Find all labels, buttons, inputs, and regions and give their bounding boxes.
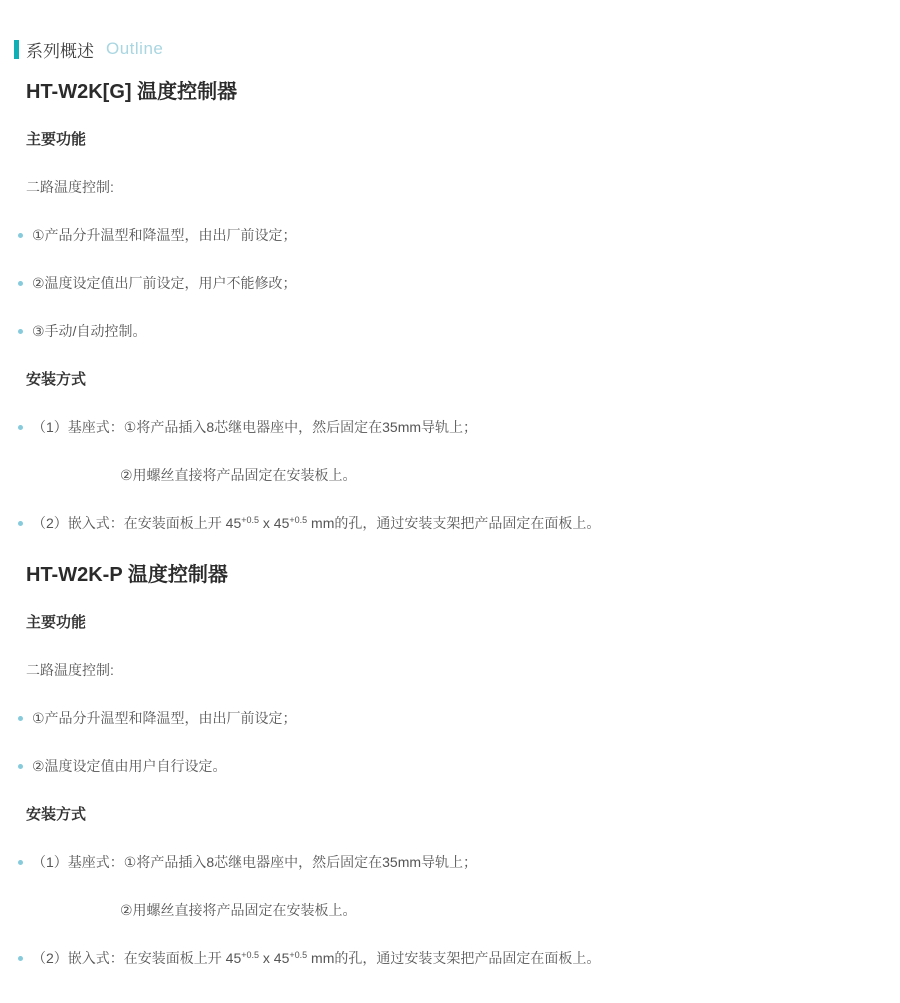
bullet-dot-icon (18, 860, 23, 865)
install-panel-mid: x 45 (259, 950, 289, 966)
install-base-sub: ②用螺丝直接将产品固定在安装板上。 (120, 466, 870, 485)
tolerance-sup: +0.5 (289, 515, 307, 525)
feature-item: ①产品分升温型和降温型，由出厂前设定； (18, 709, 870, 728)
install-panel-mid: x 45 (259, 515, 289, 531)
feature-text: ②温度设定值由用户自行设定。 (32, 757, 227, 776)
features-intro: 二路温度控制: (26, 661, 870, 680)
feature-text: ①产品分升温型和降温型，由出厂前设定； (32, 709, 297, 728)
bullet-dot-icon (18, 716, 23, 721)
feature-text: ③手动/自动控制。 (32, 322, 146, 341)
feature-text: ②温度设定值出厂前设定，用户不能修改； (32, 274, 297, 293)
tolerance-sup: +0.5 (241, 950, 259, 960)
install-base-main: （1）基座式：①将产品插入8芯继电器座中，然后固定在35mm导轨上； (32, 853, 477, 872)
install-panel-text: （2）嵌入式：在安装面板上开 45+0.5 x 45+0.5 mm的孔，通过安装… (32, 514, 600, 533)
install-base-sub: ②用螺丝直接将产品固定在安装板上。 (120, 901, 870, 920)
install-panel-prefix: （2）嵌入式：在安装面板上开 45 (32, 950, 241, 966)
product-heading: HT-W2K[G] 温度控制器 (26, 79, 870, 106)
feature-item: ③手动/自动控制。 (18, 322, 870, 341)
bullet-dot-icon (18, 329, 23, 334)
feature-text: ①产品分升温型和降温型，由出厂前设定； (32, 226, 297, 245)
tolerance-sup: +0.5 (241, 515, 259, 525)
bullet-dot-icon (18, 425, 23, 430)
install-title: 安装方式 (26, 805, 870, 825)
feature-item: ②温度设定值由用户自行设定。 (18, 757, 870, 776)
bullet-dot-icon (18, 521, 23, 526)
bullet-dot-icon (18, 956, 23, 961)
document-body: 系列概述 Outline HT-W2K[G] 温度控制器 主要功能 二路温度控制… (0, 0, 900, 968)
install-panel-suffix: mm的孔，通过安装支架把产品固定在面板上。 (307, 515, 600, 531)
install-panel-text: （2）嵌入式：在安装面板上开 45+0.5 x 45+0.5 mm的孔，通过安装… (32, 949, 600, 968)
install-item-panel: （2）嵌入式：在安装面板上开 45+0.5 x 45+0.5 mm的孔，通过安装… (18, 949, 870, 968)
features-title: 主要功能 (26, 130, 870, 150)
feature-item: ②温度设定值出厂前设定，用户不能修改； (18, 274, 870, 293)
feature-item: ①产品分升温型和降温型，由出厂前设定； (18, 226, 870, 245)
section-title-zh: 系列概述 (26, 37, 94, 62)
section-header: 系列概述 Outline (14, 39, 870, 59)
bullet-dot-icon (18, 281, 23, 286)
install-base-main: （1）基座式：①将产品插入8芯继电器座中，然后固定在35mm导轨上； (32, 418, 477, 437)
install-title: 安装方式 (26, 370, 870, 390)
install-item-panel: （2）嵌入式：在安装面板上开 45+0.5 x 45+0.5 mm的孔，通过安装… (18, 514, 870, 533)
install-item-base: （1）基座式：①将产品插入8芯继电器座中，然后固定在35mm导轨上； (18, 418, 870, 437)
install-panel-suffix: mm的孔，通过安装支架把产品固定在面板上。 (307, 950, 600, 966)
install-item-base: （1）基座式：①将产品插入8芯继电器座中，然后固定在35mm导轨上； (18, 853, 870, 872)
bullet-dot-icon (18, 764, 23, 769)
product-section-ht-w2kg: HT-W2K[G] 温度控制器 主要功能 二路温度控制: ①产品分升温型和降温型… (14, 79, 870, 533)
section-title-en: Outline (106, 39, 163, 59)
tolerance-sup: +0.5 (289, 950, 307, 960)
accent-bar-icon (14, 40, 19, 59)
bullet-dot-icon (18, 233, 23, 238)
product-heading: HT-W2K-P 温度控制器 (26, 562, 870, 589)
features-title: 主要功能 (26, 613, 870, 633)
product-section-ht-w2kp: HT-W2K-P 温度控制器 主要功能 二路温度控制: ①产品分升温型和降温型，… (14, 562, 870, 968)
install-panel-prefix: （2）嵌入式：在安装面板上开 45 (32, 515, 241, 531)
features-intro: 二路温度控制: (26, 178, 870, 197)
